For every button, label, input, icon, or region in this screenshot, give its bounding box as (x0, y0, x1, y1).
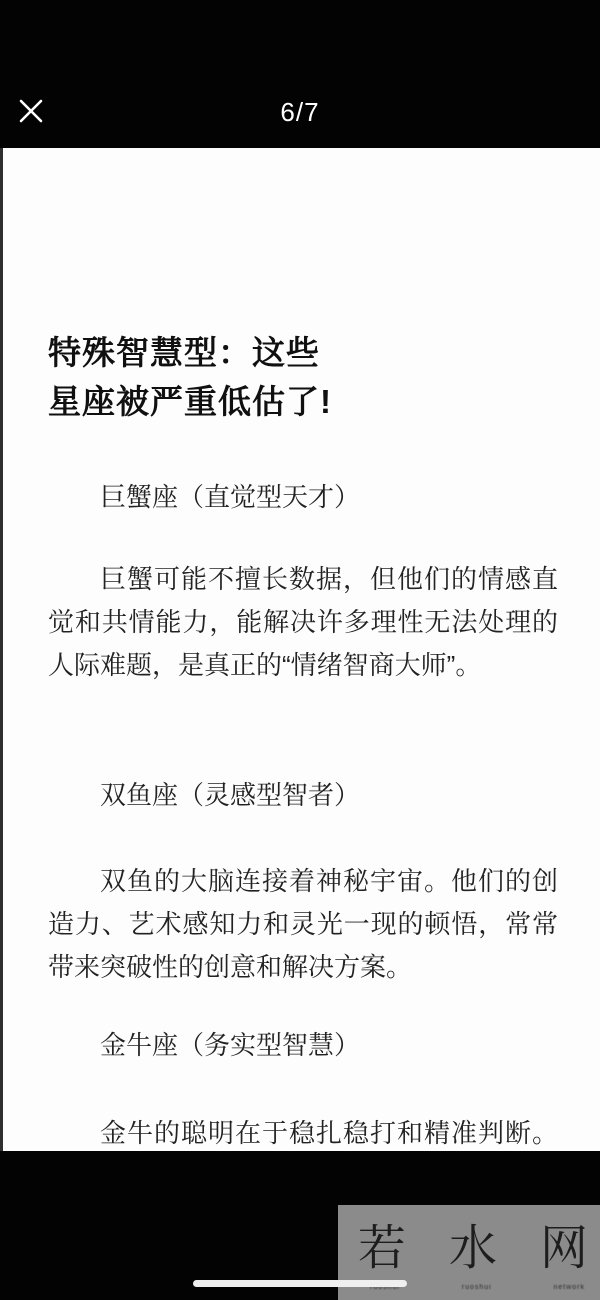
page-indicator: 6/7 (0, 98, 600, 126)
section-body-taurus: 金牛的聪明在于稳扎稳打和精准判断。他们对物质、金融、艺术有独特的鉴赏力和实操智慧… (48, 1112, 558, 1151)
watermark-caption-word-2: ruoshui (462, 1283, 492, 1292)
section-body-pisces: 双鱼的大脑连接着神秘宇宙。他们的创造力、艺术感知力和灵光一现的顿悟，常常带来突破… (48, 860, 558, 989)
article-title: 特殊智慧型：这些 星座被严重低估了! (48, 328, 558, 426)
section-heading-taurus: 金牛座（务实型智慧） (48, 1024, 558, 1067)
watermark-char-3: 网 (540, 1223, 588, 1275)
article-page[interactable]: 特殊智慧型：这些 星座被严重低估了! 巨蟹座（直觉型天才） 巨蟹可能不擅长数据，… (0, 148, 600, 1151)
watermark-char-1: 若 (358, 1223, 406, 1275)
watermark-caption-word-3: network (553, 1283, 585, 1292)
article-title-line-2: 星座被严重低估了! (48, 383, 332, 420)
section-heading-pisces: 双鱼座（灵感型智者） (48, 774, 558, 817)
article-title-line-1: 特殊智慧型：这些 (48, 334, 320, 371)
section-body-cancer: 巨蟹可能不擅长数据，但他们的情感直觉和共情能力，能解决许多理性无法处理的人际难题… (48, 558, 558, 687)
phone-screen: 6/7 特殊智慧型：这些 星座被严重低估了! 巨蟹座（直觉型天才） 巨蟹可能不擅… (0, 0, 600, 1300)
watermark-char-2: 水 (449, 1223, 497, 1275)
section-heading-cancer: 巨蟹座（直觉型天才） (48, 476, 558, 519)
top-header-bar: 6/7 (0, 0, 600, 148)
home-indicator[interactable] (193, 1280, 407, 1287)
watermark-text: 若 水 网 (358, 1223, 588, 1275)
